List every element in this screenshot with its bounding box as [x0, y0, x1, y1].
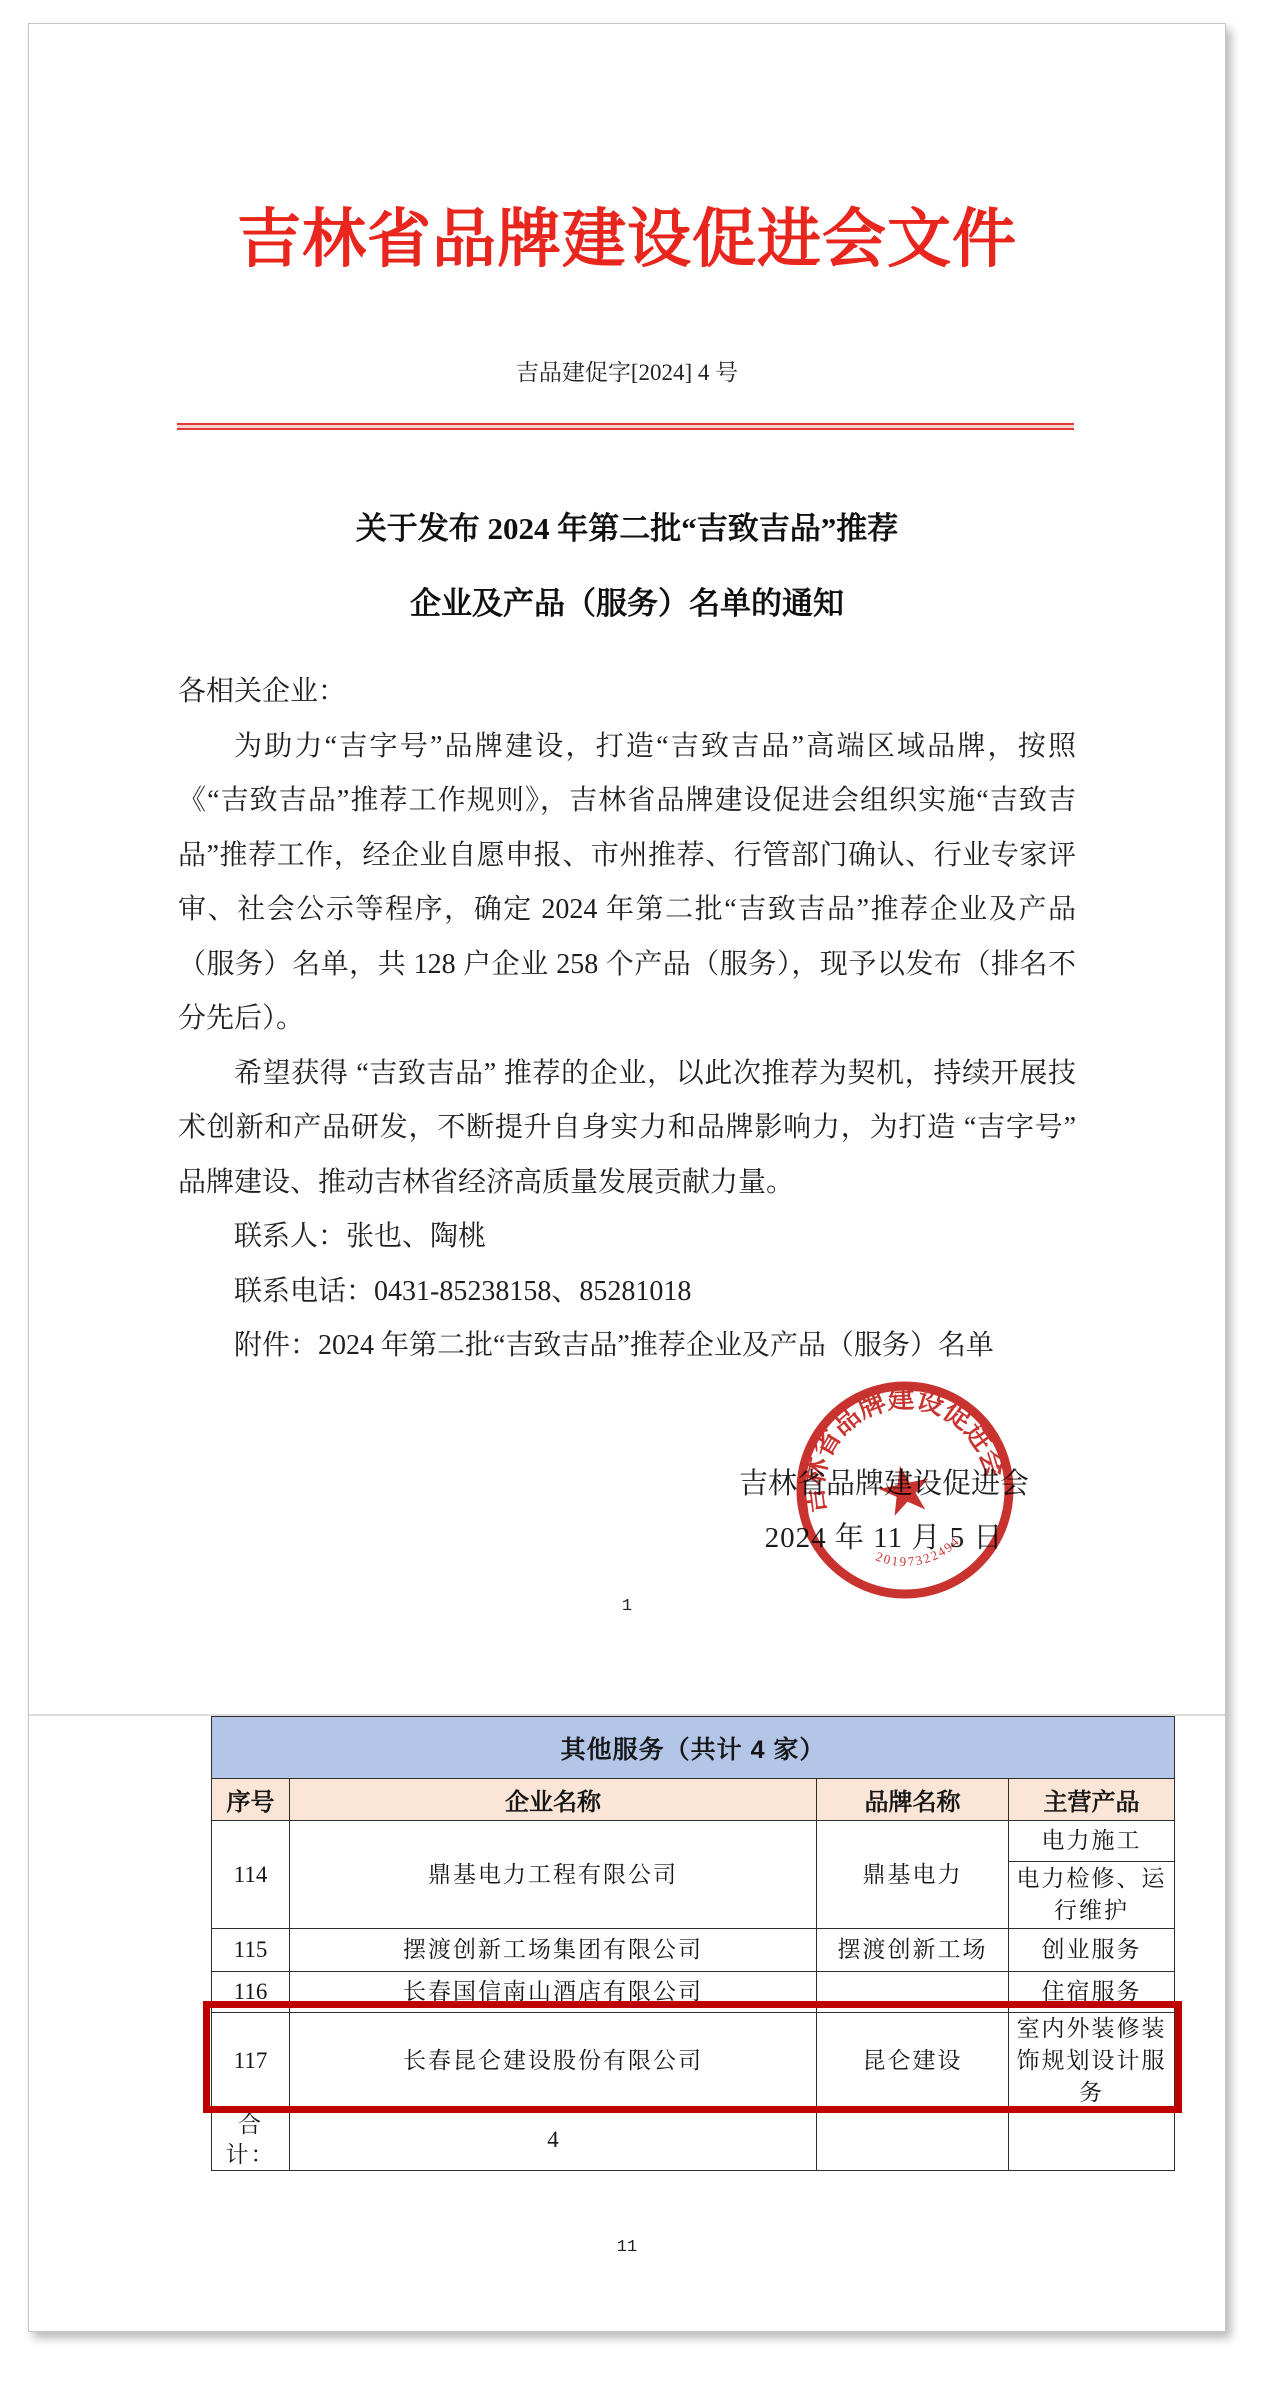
services-table: 其他服务（共计 4 家） 序号 企业名称 品牌名称 主营产品 114 鼎基电力工…	[211, 1716, 1175, 2171]
body-paragraph-1: 为助力“吉字号”品牌建设，打造“吉致吉品”高端区域品牌，按照《“吉致吉品”推荐工…	[178, 720, 1076, 1047]
cell-brand-114: 鼎基电力	[817, 1821, 1009, 1929]
table-banner-row: 其他服务（共计 4 家）	[212, 1717, 1175, 1779]
appendix-table-wrap: 其他服务（共计 4 家） 序号 企业名称 品牌名称 主营产品 114 鼎基电力工…	[211, 1716, 1174, 2171]
attachment-line: 附件：2024 年第二批“吉致吉品”推荐企业及产品（服务）名单	[178, 1319, 1076, 1374]
sign-date: 2024 年 11 月 5 日	[659, 1515, 1109, 1556]
contact-person-line: 联系人：张也、陶桃	[178, 1210, 1076, 1265]
cell-company-117: 长春昆仑建设股份有限公司	[290, 2013, 817, 2110]
table-row-117-highlighted: 117 长春昆仑建设股份有限公司 昆仑建设 室内外装修装饰规划设计服务	[212, 2013, 1175, 2110]
cell-total-label: 合 计：	[212, 2110, 290, 2171]
document-page: 吉林省品牌建设促进会文件 吉品建促字[2024] 4 号 关于发布 2024 年…	[28, 23, 1226, 2332]
col-header-company: 企业名称	[290, 1779, 817, 1821]
contact-phone-line: 联系电话：0431-85238158、85281018	[178, 1265, 1076, 1320]
cell-no-116: 116	[212, 1972, 290, 2013]
cell-brand-115: 摆渡创新工场	[817, 1929, 1009, 1972]
col-header-brand: 品牌名称	[817, 1779, 1009, 1821]
letterhead-title: 吉林省品牌建设促进会文件	[29, 188, 1225, 280]
cell-total-product-empty	[1009, 2110, 1175, 2171]
table-row-116: 116 长春国信南山酒店有限公司 住宿服务	[212, 1972, 1175, 2013]
cell-product-114b: 电力检修、运行维护	[1009, 1862, 1175, 1929]
page-number-11: 11	[29, 2238, 1225, 2257]
signature-block: 吉林省品牌建设促进会 2024 年 11 月 5 日	[659, 1461, 1109, 1556]
cell-no-114: 114	[212, 1821, 290, 1929]
document-number: 吉品建促字[2024] 4 号	[29, 354, 1225, 387]
col-header-no: 序号	[212, 1779, 290, 1821]
screenshot-root: { "document": { "page1": { "letterhead":…	[0, 0, 1280, 2396]
notice-title: 关于发布 2024 年第二批“吉致吉品”推荐 企业及产品（服务）名单的通知	[29, 503, 1225, 653]
signer-name: 吉林省品牌建设促进会	[659, 1461, 1109, 1502]
table-row-115: 115 摆渡创新工场集团有限公司 摆渡创新工场 创业服务	[212, 1929, 1175, 1972]
cell-product-117: 室内外装修装饰规划设计服务	[1009, 2013, 1175, 2110]
cell-product-115: 创业服务	[1009, 1929, 1175, 1972]
cell-company-116: 长春国信南山酒店有限公司	[290, 1972, 817, 2013]
cell-no-115: 115	[212, 1929, 290, 1972]
table-banner-cell: 其他服务（共计 4 家）	[212, 1717, 1175, 1779]
body-paragraph-2: 希望获得 “吉致吉品” 推荐的企业，以此次推荐为契机，持续开展技术创新和产品研发…	[178, 1047, 1076, 1211]
letter-body: 各相关企业： 为助力“吉字号”品牌建设，打造“吉致吉品”高端区域品牌，按照《“吉…	[178, 665, 1076, 1374]
cell-no-117: 117	[212, 2013, 290, 2110]
cell-product-114a: 电力施工	[1009, 1821, 1175, 1862]
col-header-products: 主营产品	[1009, 1779, 1175, 1821]
notice-title-line1: 关于发布 2024 年第二批“吉致吉品”推荐	[29, 503, 1225, 548]
cell-company-115: 摆渡创新工场集团有限公司	[290, 1929, 817, 1972]
table-header-row: 序号 企业名称 品牌名称 主营产品	[212, 1779, 1175, 1821]
page-number-1: 1	[29, 1597, 1225, 1616]
notice-title-line2: 企业及产品（服务）名单的通知	[29, 578, 1225, 623]
cell-brand-116	[817, 1972, 1009, 2013]
cell-product-116: 住宿服务	[1009, 1972, 1175, 2013]
cell-brand-117: 昆仑建设	[817, 2013, 1009, 2110]
cell-total-brand-empty	[817, 2110, 1009, 2171]
cell-company-114: 鼎基电力工程有限公司	[290, 1821, 817, 1929]
red-separator-rule	[177, 423, 1074, 430]
table-row-114: 114 鼎基电力工程有限公司 鼎基电力 电力施工	[212, 1821, 1175, 1862]
table-total-row: 合 计： 4	[212, 2110, 1175, 2171]
cell-total-value: 4	[290, 2110, 817, 2171]
salutation: 各相关企业：	[178, 665, 1076, 720]
